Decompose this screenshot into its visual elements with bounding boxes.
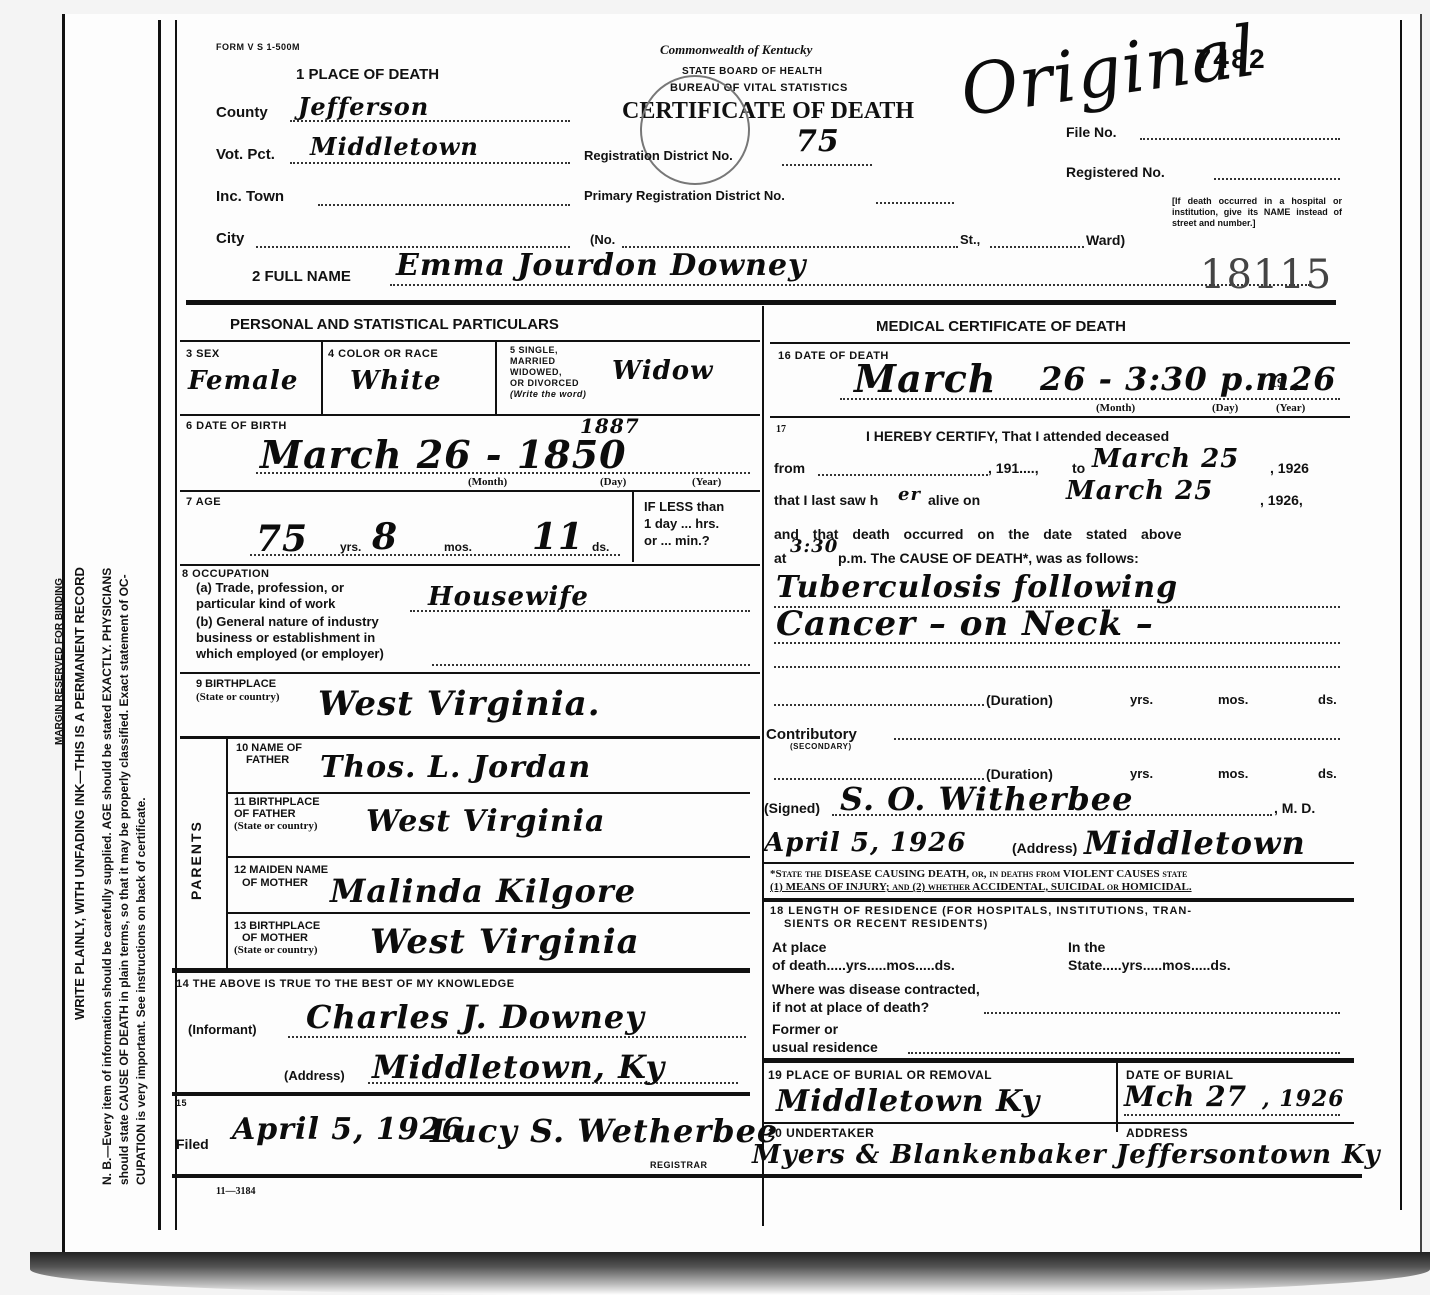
duration-label: (Duration) <box>986 692 1053 708</box>
contributory-ds: ds. <box>1318 766 1337 781</box>
to-year: , 1926 <box>1270 460 1309 476</box>
mother-name-label-line: 12 MAIDEN NAME <box>234 864 328 877</box>
former-residence: Former or usual residence <box>772 1020 878 1056</box>
rule <box>495 342 497 414</box>
dob-value: March 26 - 1850 <box>260 432 627 477</box>
dob-overwrite: 1887 <box>580 414 640 438</box>
full-name-label: 2 FULL NAME <box>252 268 351 285</box>
burial-date-value: Mch 27 <box>1124 1080 1247 1113</box>
dod-year-prefix: 19 <box>1270 376 1284 392</box>
less-than-line: or ... min.? <box>644 532 724 549</box>
marital-label-line: OR DIVORCED <box>510 378 586 389</box>
dod-month: March <box>854 356 996 401</box>
county-field: Jefferson <box>290 100 570 122</box>
certify-text: I HEREBY CERTIFY, That I attended deceas… <box>866 428 1169 444</box>
occupation-label: 8 OCCUPATION <box>182 568 270 580</box>
index-number-annotation: 18115 <box>1200 252 1332 298</box>
registered-no-field <box>1214 162 1340 180</box>
rule <box>321 342 323 414</box>
instructions-line-3: CUPATION is very important. See instruct… <box>134 797 148 1185</box>
dod-year-suffix: 26 <box>1290 360 1337 398</box>
father-birthplace-label-line: OF FATHER <box>234 808 320 820</box>
center-divider <box>762 306 764 1226</box>
file-no-field <box>1140 122 1340 140</box>
occupation-b-label: (b) General nature of industry business … <box>196 614 384 662</box>
informant-value: Charles J. Downey <box>306 998 645 1036</box>
burial-place-label: 19 PLACE OF BURIAL OR REMOVAL <box>768 1068 992 1082</box>
rule <box>228 912 750 914</box>
disease-contracted: Where was disease contracted, if not at … <box>772 980 980 1016</box>
sex-label: 3 SEX <box>186 348 220 360</box>
street-no-label: (No. <box>590 232 615 247</box>
mother-birthplace-label-line: 13 BIRTHPLACE <box>234 920 320 932</box>
cause-line-3-field <box>774 664 1340 668</box>
inc-town-field <box>318 184 570 206</box>
undertaker-label: 20 UNDERTAKER <box>768 1126 874 1140</box>
item-15-label: 15 <box>176 1098 187 1108</box>
signed-label: (Signed) <box>764 800 820 816</box>
in-the-state: In the State.....yrs.....mos.....ds. <box>1068 938 1231 974</box>
rule <box>180 414 760 416</box>
contributory-field <box>894 736 1340 740</box>
rule <box>226 738 228 970</box>
former-residence-field <box>908 1050 1340 1054</box>
cause-footnote: *State the DISEASE CAUSING DEATH, or, in… <box>770 868 1192 894</box>
full-name-field: Emma Jourdon Downey <box>390 266 1310 286</box>
marital-label-line: MARRIED <box>510 356 586 367</box>
rule <box>180 490 760 492</box>
mother-name-value: Malinda Kilgore <box>330 872 636 910</box>
binding-margin-note: MARGIN RESERVED FOR BINDING <box>54 578 65 745</box>
burial-date-year: , 1926 <box>1262 1086 1345 1112</box>
to-label: to <box>1072 460 1085 476</box>
age-ds-unit: ds. <box>592 540 609 554</box>
father-birthplace-label-line: 11 BIRTHPLACE <box>234 796 320 808</box>
write-plainly-note: WRITE PLAINLY, WITH UNFADING INK—THIS IS… <box>72 567 87 1020</box>
father-name-value: Thos. L. Jordan <box>320 750 591 785</box>
former-line: usual residence <box>772 1038 878 1056</box>
marital-label-line: (Write the word) <box>510 389 586 400</box>
alive-on-value: March 25 <box>1066 476 1213 506</box>
cause-footnote-line: *State the DISEASE CAUSING DEATH, or, in… <box>770 868 1192 881</box>
registrar-signature: Lucy S. Wetherbee <box>430 1112 778 1150</box>
rule <box>172 1092 750 1096</box>
dob-month-caption: (Month) <box>468 476 507 488</box>
signed-address-label: (Address) <box>1012 840 1077 856</box>
employer-field <box>432 660 750 666</box>
vot-pct-field: Middletown <box>290 142 570 164</box>
residence-heading: 18 LENGTH OF RESIDENCE (FOR HOSPITALS, I… <box>770 905 1192 931</box>
contributory-yrs: yrs. <box>1130 766 1153 781</box>
former-line: Former or <box>772 1020 878 1038</box>
contracted-line: if not at place of death? <box>772 998 980 1016</box>
rule <box>228 792 750 794</box>
rule <box>180 564 760 566</box>
duration-field <box>774 702 984 706</box>
sex-value: Female <box>188 366 298 396</box>
rule <box>172 1174 1362 1178</box>
rule <box>172 968 750 973</box>
father-name-label-line: 10 NAME OF <box>236 742 302 754</box>
from-label: from <box>774 460 805 476</box>
header-divider <box>186 300 1336 305</box>
age-mos-unit: mos. <box>444 540 472 554</box>
rule <box>632 492 634 562</box>
alive-on-label: alive on <box>928 492 980 508</box>
to-value: March 25 <box>1092 444 1239 474</box>
age-label: 7 AGE <box>186 496 221 508</box>
alive-on-year: , 1926, <box>1260 492 1303 508</box>
birthplace-value: West Virginia. <box>318 684 601 724</box>
ward-field <box>990 230 1084 248</box>
filed-date: April 5, 1926 <box>232 1112 464 1147</box>
vot-pct-label: Vot. Pct. <box>216 146 275 163</box>
father-birthplace-label: 11 BIRTHPLACE OF FATHER (State or countr… <box>234 796 320 832</box>
from-field <box>818 472 988 476</box>
rule <box>770 342 1350 344</box>
hospital-note: [If death occurred in a hospital or inst… <box>1172 196 1342 229</box>
rule <box>180 736 760 739</box>
race-label: 4 COLOR OR RACE <box>328 348 438 360</box>
occupation-a-line: (a) Trade, profession, or <box>196 580 344 596</box>
father-name-label-line: FATHER <box>236 754 302 766</box>
registrar-label: REGISTRAR <box>650 1160 708 1170</box>
age-days: 11 <box>532 516 584 558</box>
street-label: St., <box>960 232 980 247</box>
occupation-b-line: which employed (or employer) <box>196 646 384 662</box>
county-label: County <box>216 104 268 121</box>
in-state-line: State.....yrs.....mos.....ds. <box>1068 956 1231 974</box>
item-17-label: 17 <box>776 424 786 435</box>
rule <box>764 862 1354 864</box>
physician-signature: S. O. Witherbee <box>840 780 1133 818</box>
last-saw-pronoun: er <box>898 484 921 505</box>
registered-no-label: Registered No. <box>1066 164 1165 180</box>
marital-label-line: 5 SINGLE, <box>510 345 586 356</box>
occupation-b-line: business or establishment in <box>196 630 384 646</box>
signed-address-value: Middletown <box>1084 824 1306 862</box>
residence-heading-line: 18 LENGTH OF RESIDENCE (FOR HOSPITALS, I… <box>770 905 1192 918</box>
at-label: at <box>774 550 786 566</box>
form-id: FORM V S 1-500M <box>216 42 300 52</box>
burial-place-value: Middletown Ky <box>776 1084 1040 1119</box>
race-value: White <box>350 366 442 396</box>
mother-birthplace-value: West Virginia <box>370 922 640 962</box>
contracted-field <box>984 1010 1340 1014</box>
at-place-line: At place <box>772 938 955 956</box>
duration-mos: mos. <box>1218 692 1248 707</box>
primary-registration-field <box>876 186 954 204</box>
age-months: 8 <box>372 516 398 558</box>
father-birthplace-label-line: (State or country) <box>234 820 320 832</box>
full-name-value: Emma Jourdon Downey <box>396 248 806 283</box>
mother-birthplace-label-line: OF MOTHER <box>234 932 320 944</box>
cause-line-2: Cancer – on Neck – <box>776 604 1154 644</box>
registration-stamp <box>640 75 750 185</box>
city-field <box>256 226 570 248</box>
occupation-b-line: (b) General nature of industry <box>196 614 384 630</box>
secondary-label: (SECONDARY) <box>790 742 852 751</box>
dod-day-caption: (Day) <box>1212 402 1238 414</box>
instructions-line-2: should state CAUSE OF DEATH in plain ter… <box>117 574 131 1185</box>
marital-label-line: WIDOWED, <box>510 367 586 378</box>
personal-heading: PERSONAL AND STATISTICAL PARTICULARS <box>230 316 559 333</box>
rule <box>180 672 760 674</box>
md-label: , M. D. <box>1274 800 1315 816</box>
primary-registration-label: Primary Registration District No. <box>584 188 785 203</box>
less-than-day-label: IF LESS than 1 day ... hrs. or ... min.? <box>644 498 724 549</box>
birthplace-label-line: (State or country) <box>196 691 280 704</box>
in-state-line: In the <box>1068 938 1231 956</box>
occupation-a-label: (a) Trade, profession, or particular kin… <box>196 580 344 612</box>
informant-address-value: Middletown, Ky <box>372 1048 665 1086</box>
birthplace-label-line: 9 BIRTHPLACE <box>196 678 280 691</box>
street-field <box>622 230 958 248</box>
commonwealth-title: Commonwealth of Kentucky <box>660 42 812 58</box>
medical-heading: MEDICAL CERTIFICATE OF DEATH <box>876 318 1126 335</box>
county-value: Jefferson <box>298 92 429 121</box>
rule <box>764 898 1354 902</box>
rule <box>228 856 750 858</box>
father-birthplace-value: West Virginia <box>366 804 606 839</box>
contracted-line: Where was disease contracted, <box>772 980 980 998</box>
rule <box>764 1122 1354 1124</box>
dob-day-caption: (Day) <box>600 476 626 488</box>
rule <box>770 416 1350 418</box>
form-left-border <box>175 20 177 1230</box>
at-place-line: of death.....yrs.....mos.....ds. <box>772 956 955 974</box>
dod-year-caption: (Year) <box>1276 402 1305 414</box>
at-suffix: p.m. The CAUSE OF DEATH*, was as follows… <box>838 550 1139 566</box>
last-saw-label: that I last saw h <box>774 492 878 508</box>
scan-shadow <box>30 1252 1430 1295</box>
from-year: , 191...., <box>988 460 1039 476</box>
cause-line-1: Tuberculosis following <box>776 570 1178 605</box>
at-time: 3:30 <box>790 536 838 557</box>
undertaker-address-label: ADDRESS <box>1126 1126 1188 1140</box>
age-yrs-unit: yrs. <box>340 540 361 554</box>
informant-address-label: (Address) <box>284 1068 345 1083</box>
contributory-mos: mos. <box>1218 766 1248 781</box>
age-years: 75 <box>256 518 308 560</box>
dod-month-caption: (Month) <box>1096 402 1135 414</box>
mother-name-label-line: OF MOTHER <box>234 877 328 890</box>
undertaker-value: Myers & Blankenbaker <box>752 1140 1107 1170</box>
undertaker-address-value: Jeffersontown Ky <box>1116 1140 1381 1170</box>
place-of-death-heading: 1 PLACE OF DEATH <box>296 66 439 83</box>
less-than-line: 1 day ... hrs. <box>644 515 724 532</box>
vot-pct-value: Middletown <box>310 132 479 161</box>
informant-heading: 14 THE ABOVE IS TRUE TO THE BEST OF MY K… <box>176 978 515 990</box>
residence-heading-line: SIENTS OR RECENT RESIDENTS) <box>770 918 1192 931</box>
at-place-of-death: At place of death.....yrs.....mos.....ds… <box>772 938 955 974</box>
registration-district-label: Registration District No. <box>584 148 733 163</box>
contributory-label: Contributory <box>766 726 857 743</box>
form-number: 11—3184 <box>216 1186 255 1197</box>
rule <box>764 1058 1354 1063</box>
mother-birthplace-label-line: (State or country) <box>234 944 320 956</box>
filed-label: Filed <box>176 1136 209 1152</box>
cause-footnote-line: (1) MEANS OF INJURY; and (2) whether ACC… <box>770 881 1192 894</box>
informant-label: (Informant) <box>188 1022 257 1037</box>
occupation-value: Housewife <box>428 582 589 612</box>
mother-name-label: 12 MAIDEN NAME OF MOTHER <box>234 864 328 890</box>
mother-birthplace-label: 13 BIRTHPLACE OF MOTHER (State or countr… <box>234 920 320 956</box>
ward-label: Ward) <box>1086 232 1125 248</box>
city-label: City <box>216 230 244 247</box>
rule <box>180 340 760 342</box>
duration-ds: ds. <box>1318 692 1337 707</box>
file-no-label: File No. <box>1066 124 1117 140</box>
marital-value: Widow <box>612 356 714 386</box>
father-name-label: 10 NAME OF FATHER <box>236 742 302 766</box>
instructions-line-1: N. B.—Every item of information should b… <box>100 568 114 1185</box>
dob-label: 6 DATE OF BIRTH <box>186 420 287 432</box>
parents-side-label: PARENTS <box>188 820 204 900</box>
registration-district-field: 75 <box>782 146 872 166</box>
dob-year-caption: (Year) <box>692 476 721 488</box>
birthplace-label: 9 BIRTHPLACE (State or country) <box>196 678 280 704</box>
occupation-a-line: particular kind of work <box>196 596 344 612</box>
signed-date: April 5, 1926 <box>764 828 966 858</box>
duration-yrs: yrs. <box>1130 692 1153 707</box>
form-right-border <box>1400 20 1402 1210</box>
marital-label: 5 SINGLE, MARRIED WIDOWED, OR DIVORCED (… <box>510 345 586 400</box>
registration-district-value: 75 <box>796 124 840 159</box>
inc-town-label: Inc. Town <box>216 188 284 205</box>
dod-day: 26 - 3:30 p.m. <box>1040 360 1302 398</box>
margin-rule <box>158 20 161 1230</box>
less-than-line: IF LESS than <box>644 498 724 515</box>
